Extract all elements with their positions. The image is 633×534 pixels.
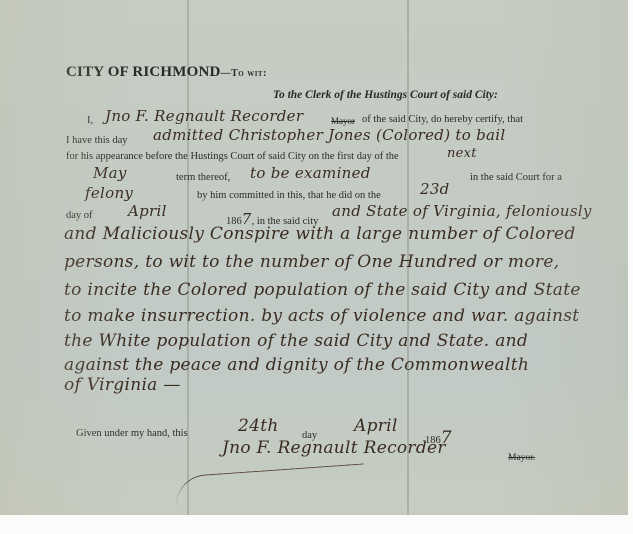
next-term: next xyxy=(447,146,477,161)
struck-mayor-signature: Mayor. xyxy=(508,453,535,463)
charge-line: persons, to wit to the number of One Hun… xyxy=(64,252,559,272)
line6-prefix: day of xyxy=(66,210,93,221)
charge-line: and Maliciously Conspire with a large nu… xyxy=(64,224,576,244)
signature-flourish xyxy=(174,463,366,507)
line3-text: for his appearance before the Hustings C… xyxy=(66,151,399,162)
offence-day: 23d xyxy=(420,180,450,198)
recorder-name: Jno F. Regnault Recorder xyxy=(105,107,303,125)
addressee: To the Clerk of the Hustings Court of sa… xyxy=(273,89,498,101)
charge-line: of Virginia — xyxy=(64,375,181,395)
line1-prefix: I, xyxy=(87,115,93,126)
charge-line: against the peace and dignity of the Com… xyxy=(64,355,529,375)
charge-line: the White population of the said City an… xyxy=(64,331,528,351)
state-of-virginia: and State of Virginia, feloniously xyxy=(332,202,592,220)
line4-text: term thereof, xyxy=(176,172,230,183)
charge-line: to make insurrection. by acts of violenc… xyxy=(64,306,579,326)
admitted-text: admitted Christopher Jones (Colored) to … xyxy=(153,126,505,144)
charge-line: to incite the Colored population of the … xyxy=(64,280,581,300)
line1-text: of the said City, do hereby certify, tha… xyxy=(362,114,523,125)
to-be-examined: to be examined xyxy=(250,164,371,182)
document-paper: CITY OF RICHMOND—To wit: To the Clerk of… xyxy=(0,0,628,515)
term-month: May xyxy=(93,164,127,182)
offence-month: April xyxy=(128,202,167,220)
document-title: CITY OF RICHMOND—To wit: xyxy=(66,64,267,81)
struck-mayor: Mayor xyxy=(331,116,355,126)
line5-text: by him committed in this, that he did on… xyxy=(197,190,381,201)
signature: Jno F. Regnault Recorder xyxy=(222,438,446,458)
given-text: Given under my hand, this xyxy=(76,428,188,439)
given-day: 24th xyxy=(238,416,279,436)
line4-suffix: in the said Court for a xyxy=(470,172,562,183)
to-wit: —To wit: xyxy=(221,68,267,79)
felony: felony xyxy=(85,184,133,202)
given-month: April xyxy=(354,416,398,436)
line2-prefix: I have this day xyxy=(66,135,128,146)
